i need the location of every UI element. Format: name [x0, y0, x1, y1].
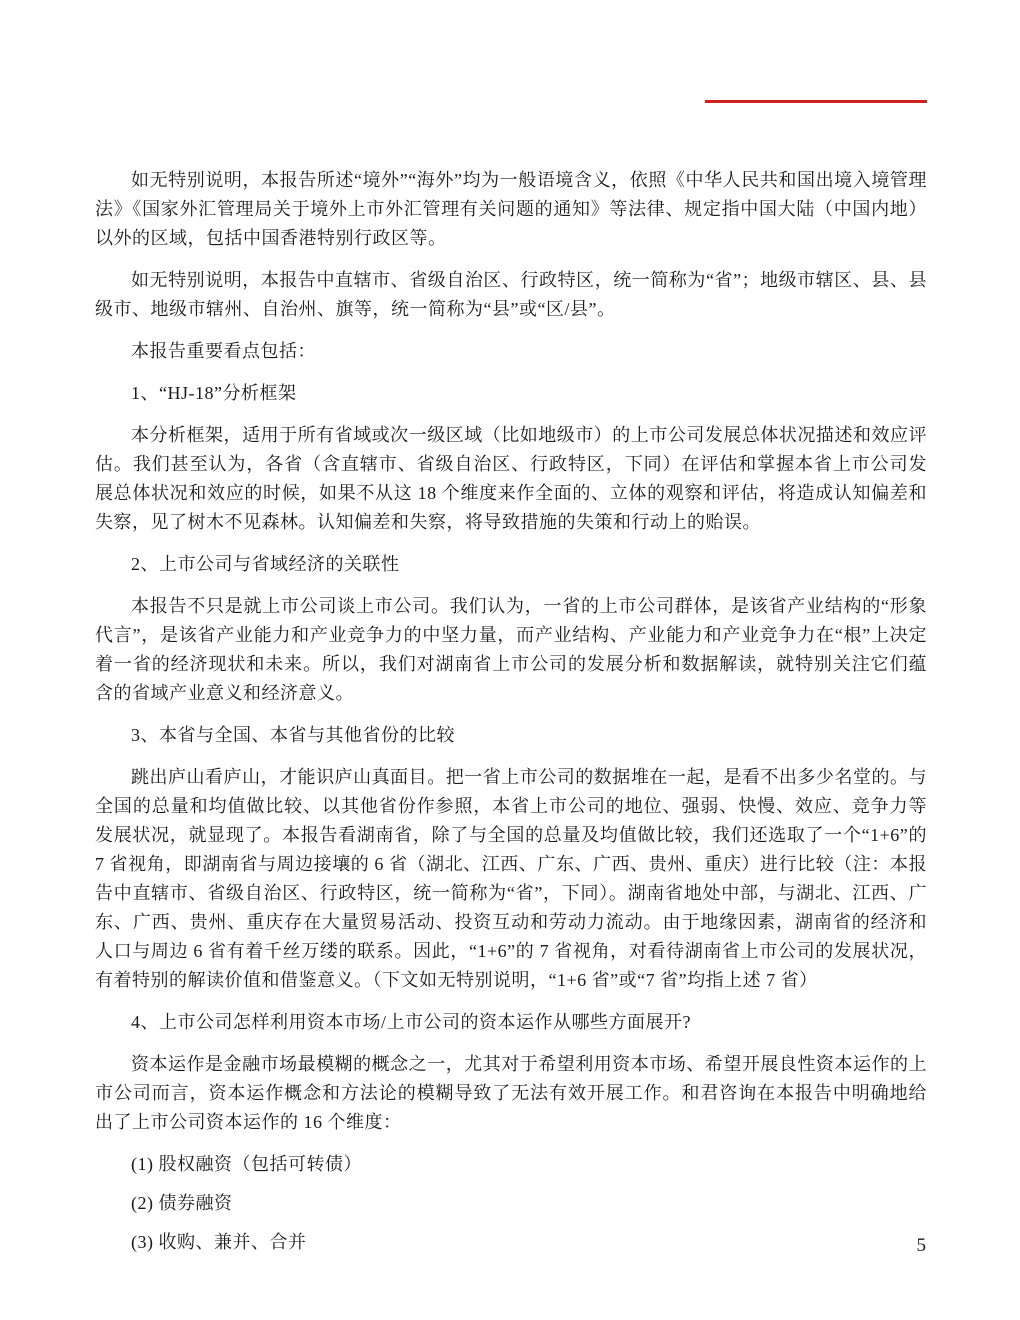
section-heading: 3、本省与全国、本省与其他省份的比较	[95, 721, 927, 750]
section-heading: 1、“HJ-18”分析框架	[95, 379, 927, 408]
document-body: 如无特别说明，本报告所述“境外”“海外”均为一般语境含义，依照《中华人民共和国出…	[95, 166, 927, 1267]
paragraph: 如无特别说明，本报告中直辖市、省级自治区、行政特区，统一简称为“省”；地级市辖区…	[95, 266, 927, 324]
list-item: (3) 收购、兼并、合并	[95, 1228, 927, 1257]
paragraph: 本报告重要看点包括：	[95, 337, 927, 366]
paragraph: 本报告不只是就上市公司谈上市公司。我们认为，一省的上市公司群体，是该省产业结构的…	[95, 592, 927, 708]
section-heading: 2、上市公司与省域经济的关联性	[95, 550, 927, 579]
paragraph: 如无特别说明，本报告所述“境外”“海外”均为一般语境含义，依照《中华人民共和国出…	[95, 166, 927, 253]
list-item: (2) 债券融资	[95, 1189, 927, 1218]
section-heading: 4、上市公司怎样利用资本市场/上市公司的资本运作从哪些方面展开?	[95, 1008, 927, 1037]
paragraph: 资本运作是金融市场最模糊的概念之一，尤其对于希望利用资本市场、希望开展良性资本运…	[95, 1050, 927, 1137]
header-rule-line	[705, 100, 927, 103]
list-item: (1) 股权融资（包括可转债）	[95, 1150, 927, 1179]
page-number: 5	[917, 1234, 927, 1258]
paragraph: 跳出庐山看庐山，才能识庐山真面目。把一省上市公司的数据堆在一起，是看不出多少名堂…	[95, 763, 927, 995]
document-page: 如无特别说明，本报告所述“境外”“海外”均为一般语境含义，依照《中华人民共和国出…	[0, 0, 1020, 1320]
paragraph: 本分析框架，适用于所有省域或次一级区域（比如地级市）的上市公司发展总体状况描述和…	[95, 421, 927, 537]
